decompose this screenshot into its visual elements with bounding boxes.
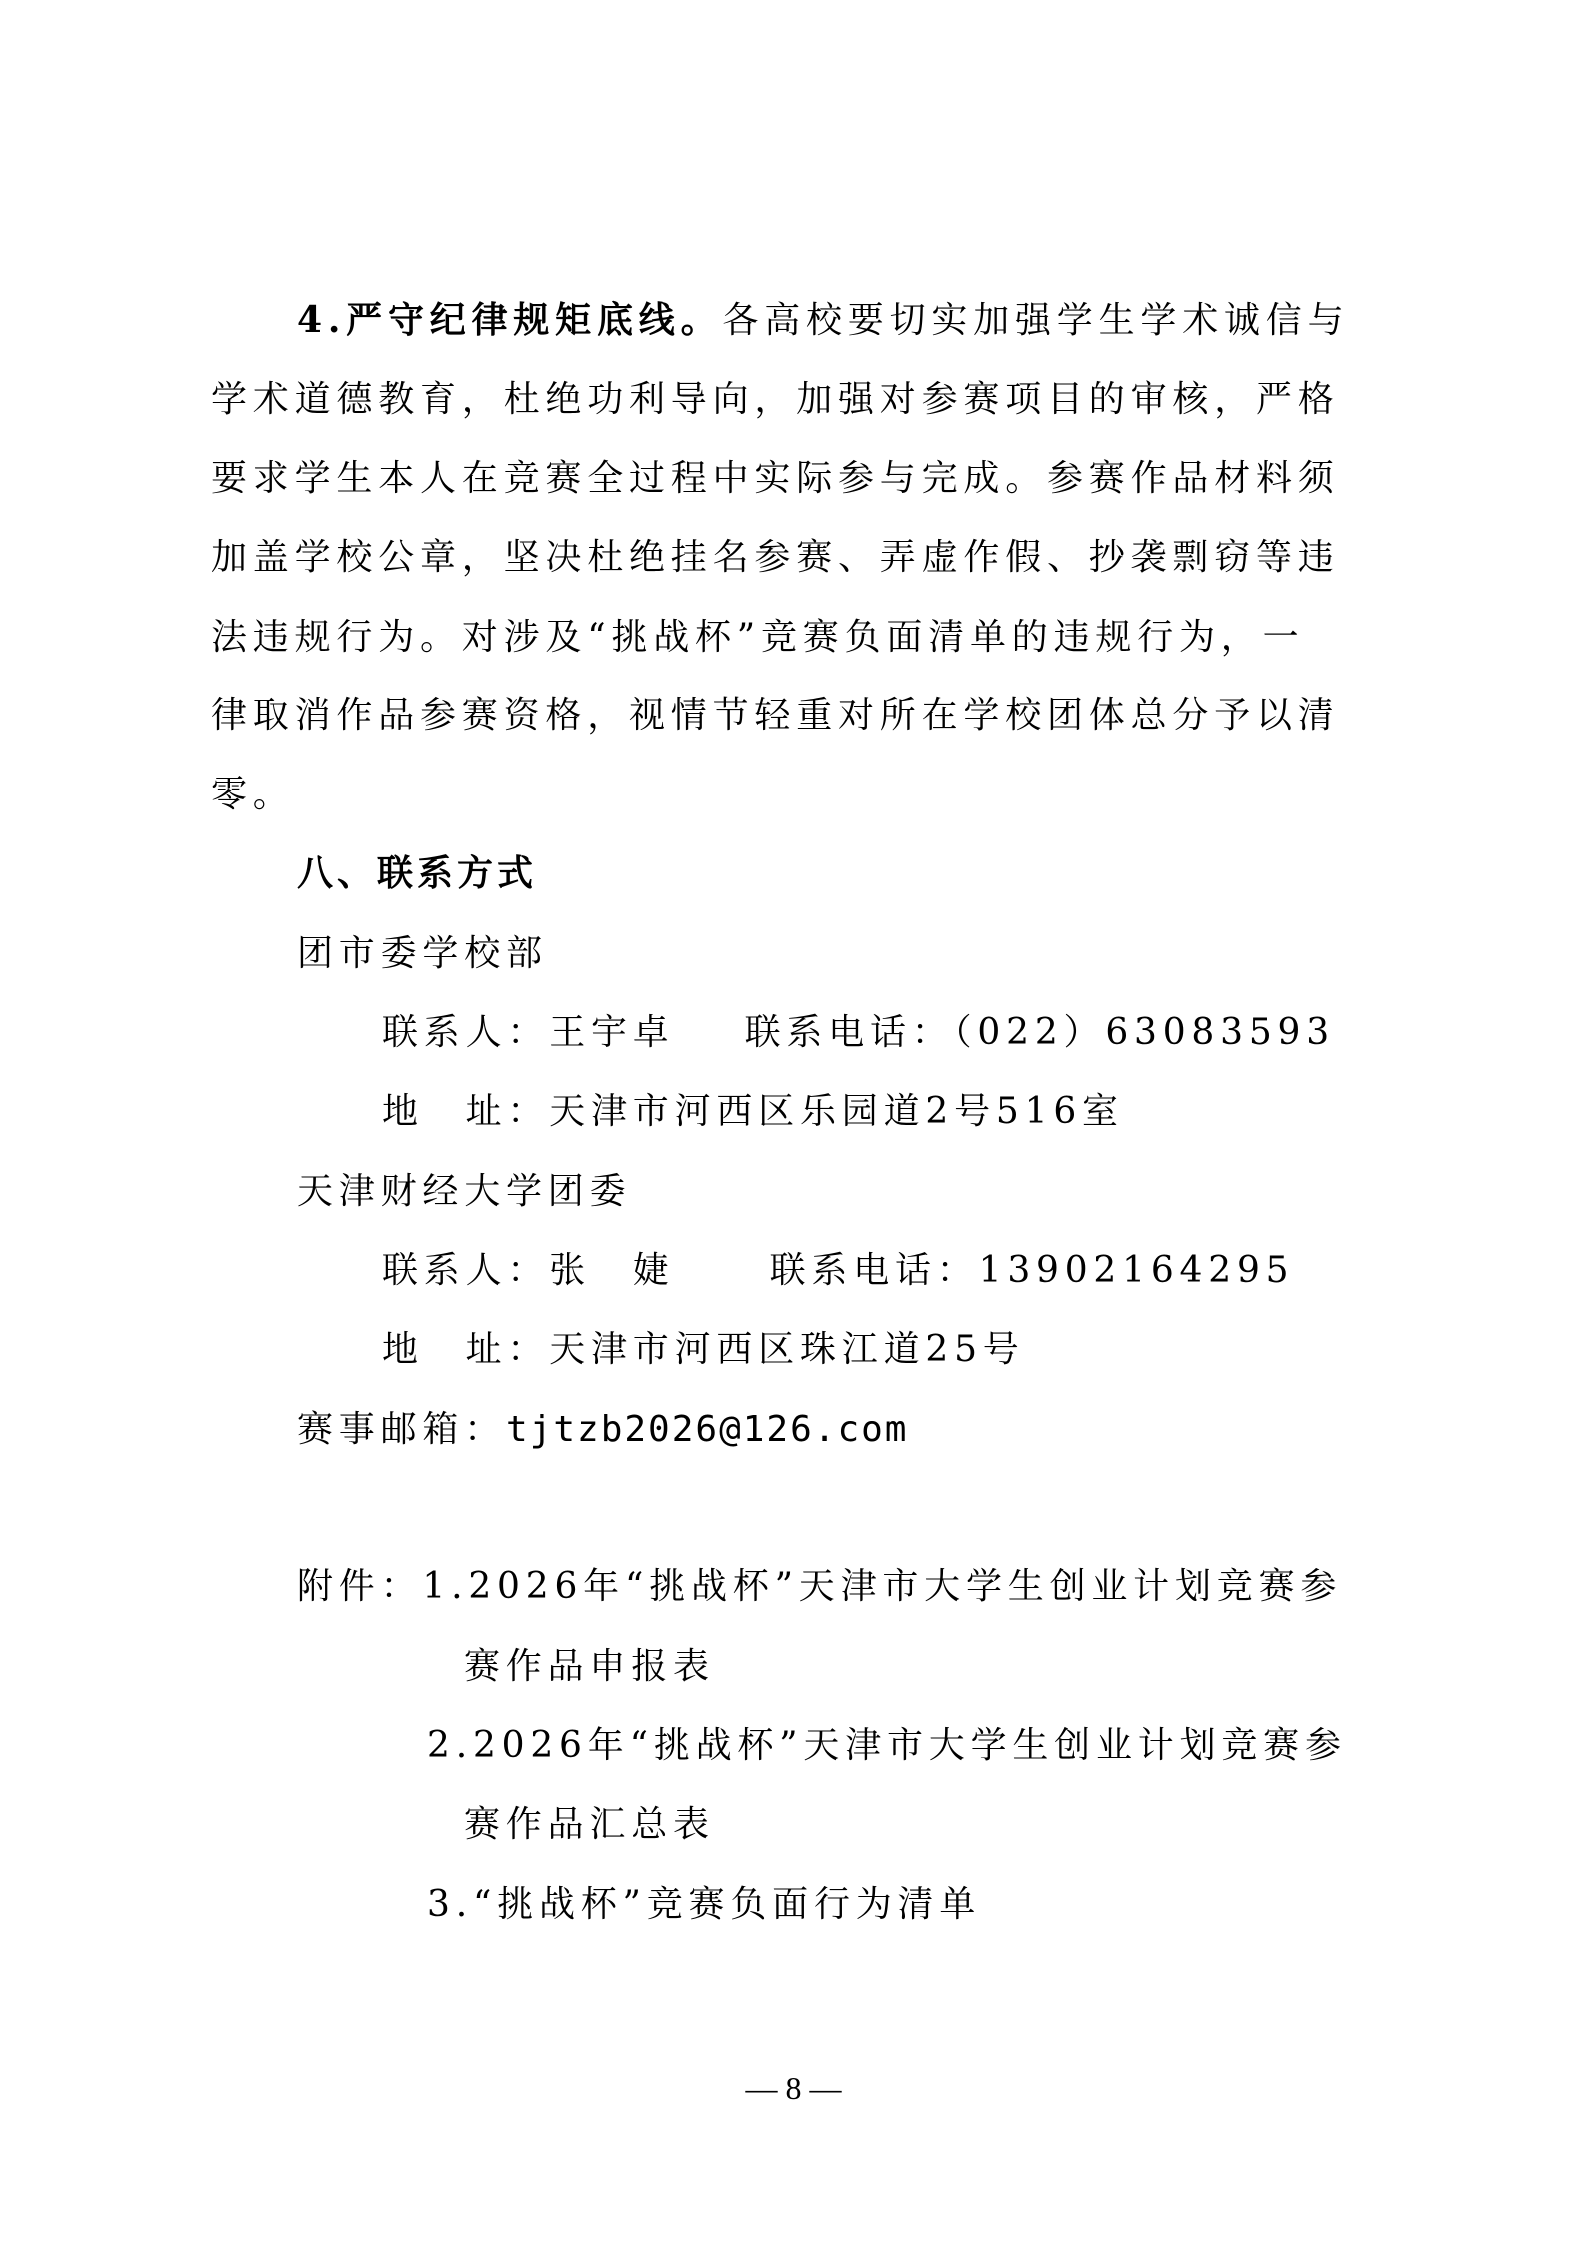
attachment-item: 1.2026年“挑战杯”天津市大学生创业计划竞赛参 bbox=[422, 1566, 1342, 1607]
section-4-lead: 4.严守纪律规矩底线。 bbox=[297, 299, 722, 341]
email-row: 赛事邮箱：tjtzb2026@126.com bbox=[297, 1408, 908, 1452]
org-name: 天津财经大学团委 bbox=[297, 1170, 631, 1214]
contact-phone: 联系电话：13902164295 bbox=[770, 1250, 1295, 1291]
contact-phone: 联系电话：（022）63083593 bbox=[745, 1012, 1335, 1053]
contact-person: 联系人：王宇卓 bbox=[382, 1012, 675, 1053]
section-4-text: 各高校要切实加强学生学术诚信与 bbox=[722, 300, 1349, 341]
paragraph-line: 加盖学校公章，坚决杜绝挂名参赛、弄虚作假、抄袭剽窃等违 bbox=[211, 536, 1340, 580]
paragraph-line: 4.严守纪律规矩底线。各高校要切实加强学生学术诚信与 bbox=[297, 298, 1349, 342]
attachment-item: 3.“挑战杯”竞赛负面行为清单 bbox=[427, 1883, 981, 1927]
paragraph-line: 零。 bbox=[211, 773, 295, 817]
attachment-item-continued: 赛作品申报表 bbox=[464, 1645, 715, 1689]
email-address[interactable]: tjtzb2026@126.com bbox=[506, 1409, 908, 1450]
attachment-row: 附件：1.2026年“挑战杯”天津市大学生创业计划竞赛参 bbox=[297, 1565, 1342, 1609]
contact-person: 联系人：张 婕 bbox=[382, 1250, 675, 1291]
contact-row: 联系人：王宇卓联系电话：（022）63083593 bbox=[382, 1011, 1335, 1055]
paragraph-line: 法违规行为。对涉及“挑战杯”竞赛负面清单的违规行为，一 bbox=[211, 616, 1304, 660]
attachment-item-continued: 赛作品汇总表 bbox=[464, 1803, 715, 1847]
paragraph-line: 律取消作品参赛资格，视情节轻重对所在学校团体总分予以清 bbox=[211, 694, 1340, 738]
org-name: 团市委学校部 bbox=[297, 932, 548, 976]
contact-row: 联系人：张 婕联系电话：13902164295 bbox=[382, 1249, 1294, 1293]
email-label: 赛事邮箱： bbox=[297, 1409, 506, 1450]
page-number: — 8 — bbox=[0, 2070, 1587, 2107]
contact-heading: 八、联系方式 bbox=[297, 852, 537, 896]
paragraph-line: 要求学生本人在竞赛全过程中实际参与完成。参赛作品材料须 bbox=[211, 457, 1340, 501]
paragraph-line: 学术道德教育，杜绝功利导向，加强对参赛项目的审核，严格 bbox=[211, 378, 1340, 422]
contact-address: 地 址：天津市河西区乐园道2号516室 bbox=[382, 1090, 1124, 1134]
contact-address: 地 址：天津市河西区珠江道25号 bbox=[382, 1328, 1025, 1372]
attachment-item: 2.2026年“挑战杯”天津市大学生创业计划竞赛参 bbox=[427, 1724, 1347, 1768]
attachments-label: 附件： bbox=[297, 1566, 422, 1607]
